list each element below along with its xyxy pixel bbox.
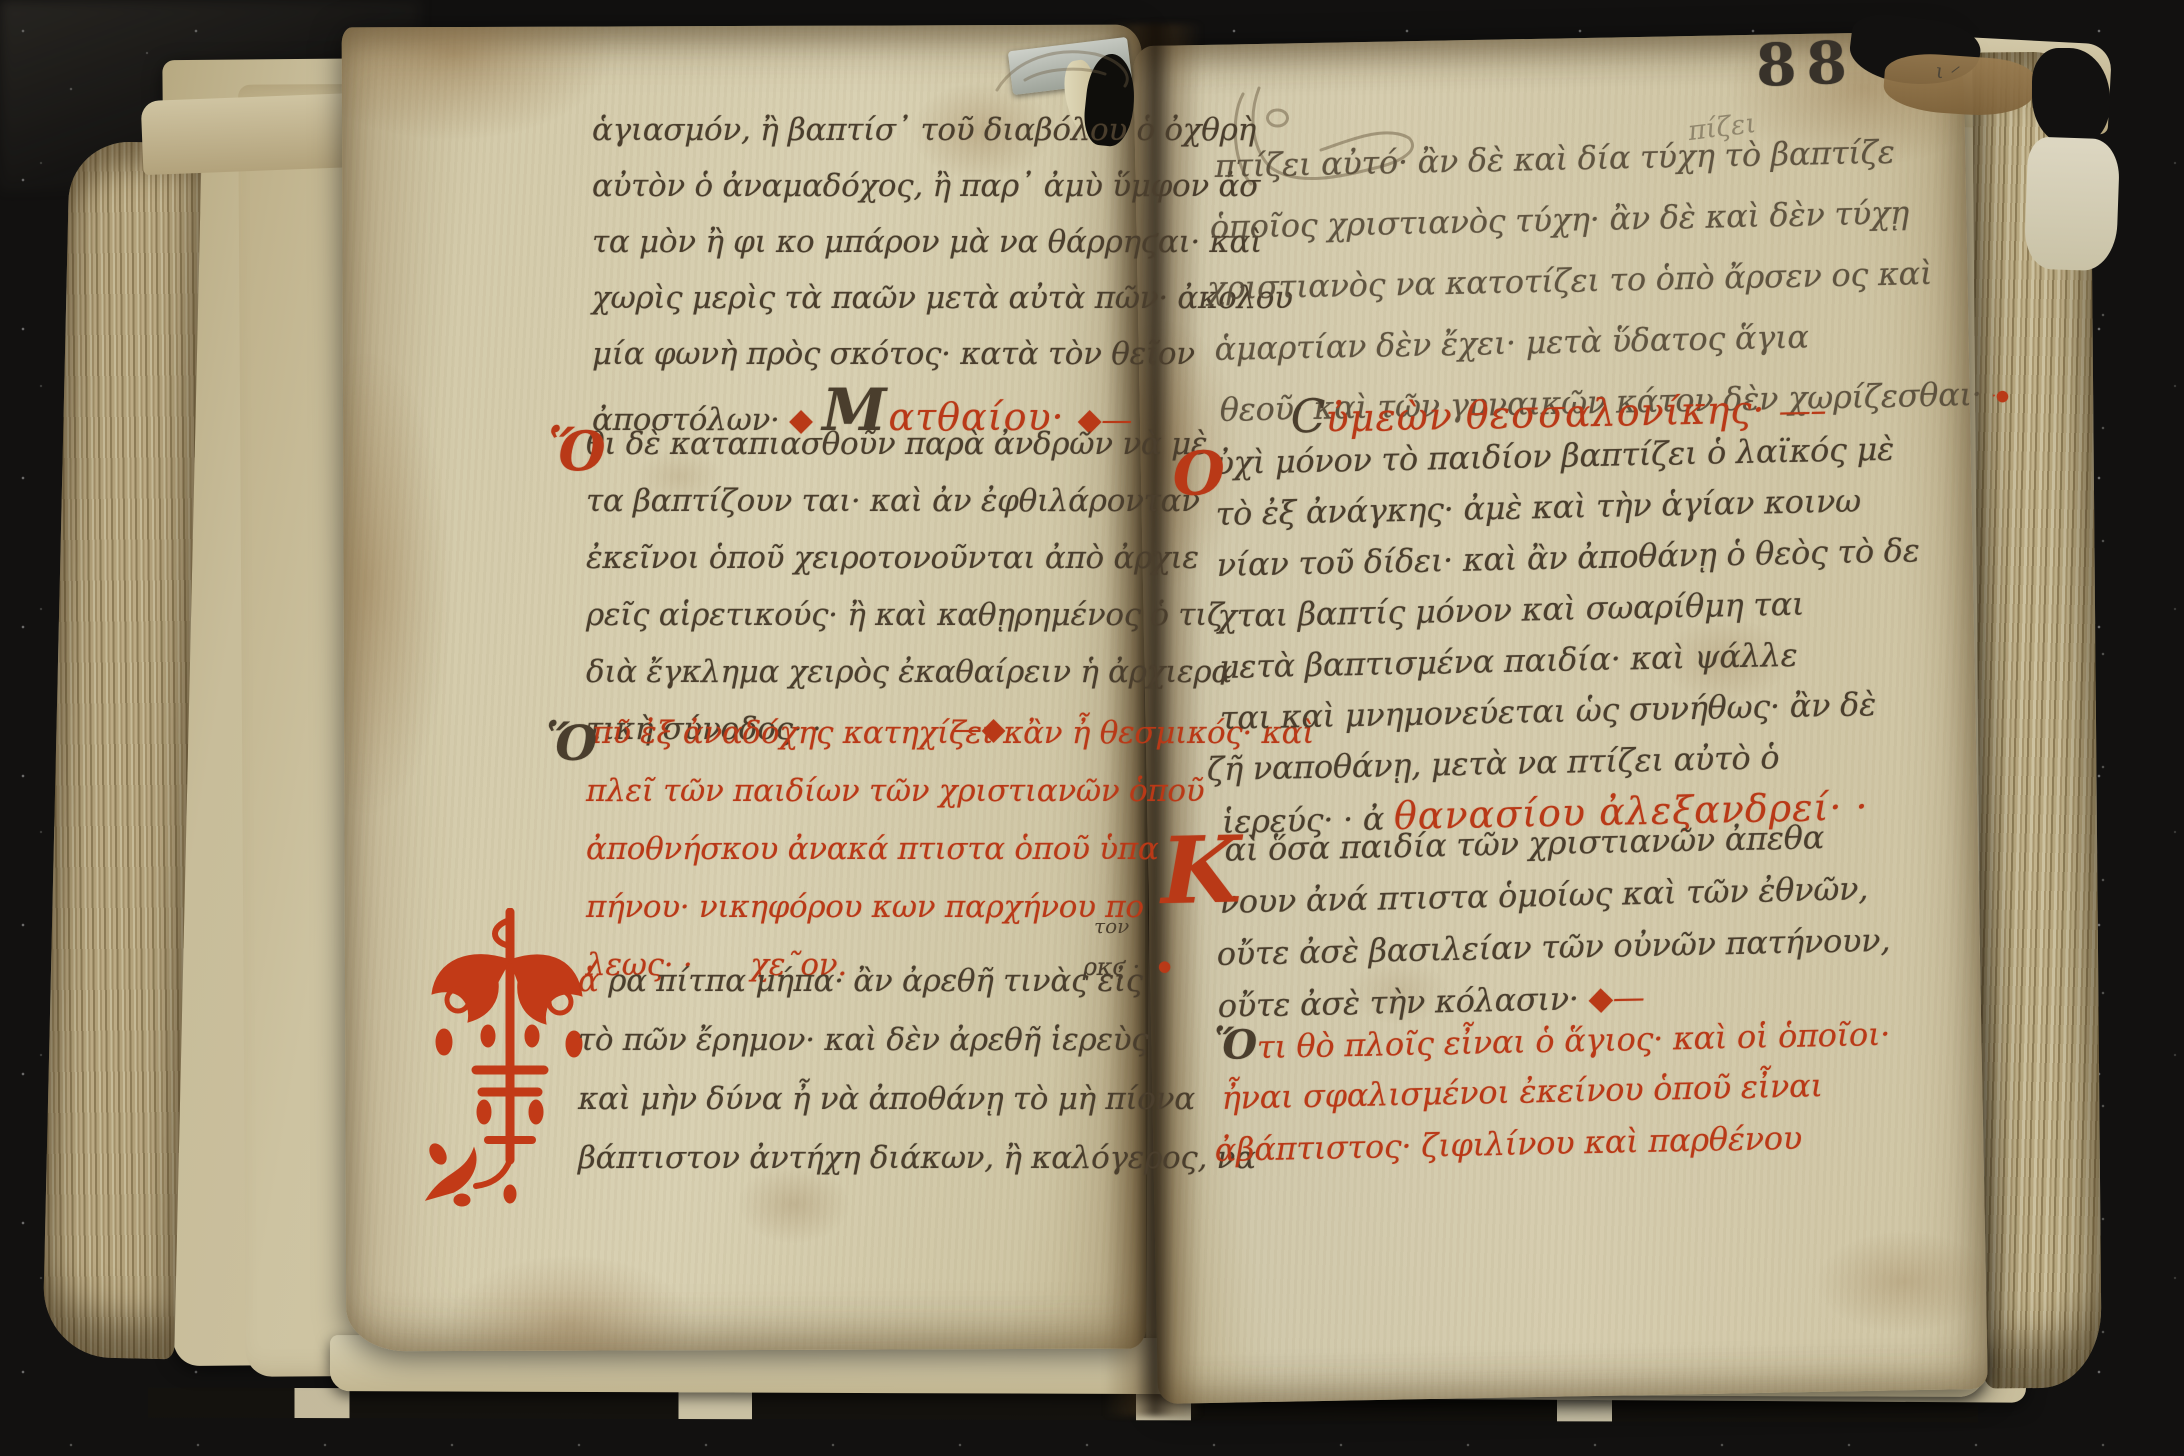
left-paragraph-intro: ἁγιασμόν, ἢ βαπτίσ᾽ τοῦ διαβόλου ὁ ὀχθρὴ… bbox=[592, 102, 1293, 438]
manuscript-text-line: ρεῖς αἱρετικούς· ἢ καὶ καθῃρημένος ὁ τιζ bbox=[586, 587, 1232, 644]
manuscript-text-line: αὐτὸν ὁ ἀναμαδόχος, ἢ παρ᾽ ἀμὺ ὕμφον ἀσ bbox=[592, 158, 1293, 214]
manuscript-text-line: ἁγιασμόν, ἢ βαπτίσ᾽ τοῦ διαβόλου ὁ ὀχθρὴ bbox=[592, 102, 1293, 158]
faint-ink-sketch-2 bbox=[985, 20, 1145, 110]
right-paragraph-final-rubric: Ὅτι θὸ πλοῖς εἶναι ὁ ἅγιος· καὶ οἱ ὁποῖο… bbox=[1214, 1006, 1893, 1176]
manuscript-text-line: ἁ ρα πίτπα μήπα· ἂν ἀρεθῆ τινὰς εἰς bbox=[578, 952, 1256, 1011]
manuscript-text-line: χωρὶς μερὶς τὰ παῶν μετὰ αὐτὰ πῶν· ἀκολο… bbox=[592, 270, 1293, 326]
left-paragraph-canon2: ἁ ρα πίτπα μήπα· ἂν ἀρεθῆ τινὰς εἰςτὸ πῶ… bbox=[578, 952, 1256, 1188]
red-foliate-ornament-icon bbox=[418, 908, 588, 1208]
decorated-initial: Κ bbox=[1160, 823, 1242, 917]
manuscript-text-line: ἐκεῖνοι ὁποῦ χειροτονοῦνται ἀπὸ ἀρχιε bbox=[586, 530, 1232, 587]
decorated-initial: Ο bbox=[1172, 444, 1225, 505]
decorated-initial: Ὅ bbox=[546, 720, 597, 768]
right-paragraph-symeon: Οὐχὶ μόνον τὸ παιδίον βαπτίζει ὁ λαϊκός … bbox=[1214, 423, 1925, 846]
manuscript-text-line: θι δὲ καταπιασθοῦν παρὰ ἀνδρῶν νὰ μὲ bbox=[586, 416, 1232, 473]
manuscript-text-line: πλεῖ τῶν παιδίων τῶν χριστιανῶν ὁποῦ bbox=[586, 762, 1314, 820]
edge-marginal-mark: ι ⸍ bbox=[1934, 56, 1962, 86]
manuscript-text-line: διὰ ἔγκλημα χειρὸς ἐκαθαίρειν ἡ ἀρχιερα bbox=[586, 644, 1232, 701]
manuscript-text-line: μία φωνὴ πρὸς σκότος· κατὰ τὸν θεῖον bbox=[592, 326, 1293, 382]
page-number: 88 bbox=[1755, 28, 1858, 99]
manuscript-text-line: τὸ πῶν ἔρημον· καὶ δὲν ἀρεθῆ ἱερεὺς bbox=[578, 1011, 1256, 1070]
decorated-initial: Ὅ bbox=[548, 424, 605, 478]
manuscript-text-line: καὶ μὴν δύνα ἦ νὰ ἀποθάνῃ τὸ μὴ πίονα bbox=[578, 1070, 1256, 1129]
inner-page-patch bbox=[2024, 136, 2121, 271]
manuscript-photo: 88 πίζει ι ⸍ τον ἁγιασμόν, ἢ βαπτίσ᾽ τοῦ… bbox=[0, 0, 2184, 1456]
edge-stack-notch bbox=[2032, 48, 2110, 146]
manuscript-text-line: τα μὸν ἢ φι κο μπάρον μὰ να θάρρηϛαι· κα… bbox=[592, 214, 1293, 270]
left-fore-edge-stack bbox=[42, 141, 202, 1360]
right-paragraph-athanasios: Καὶ ὅσα παιδία τῶν χριστιανῶν ἀπεθανουν … bbox=[1214, 810, 1892, 1032]
manuscript-text-line: βάπτιστον ἀντήχη διάκων, ἢ καλόγερος, να bbox=[578, 1129, 1256, 1188]
manuscript-text-line: τα βαπτίζουν ται· καὶ ἀν ἐφθιλάρονταν bbox=[586, 473, 1232, 530]
